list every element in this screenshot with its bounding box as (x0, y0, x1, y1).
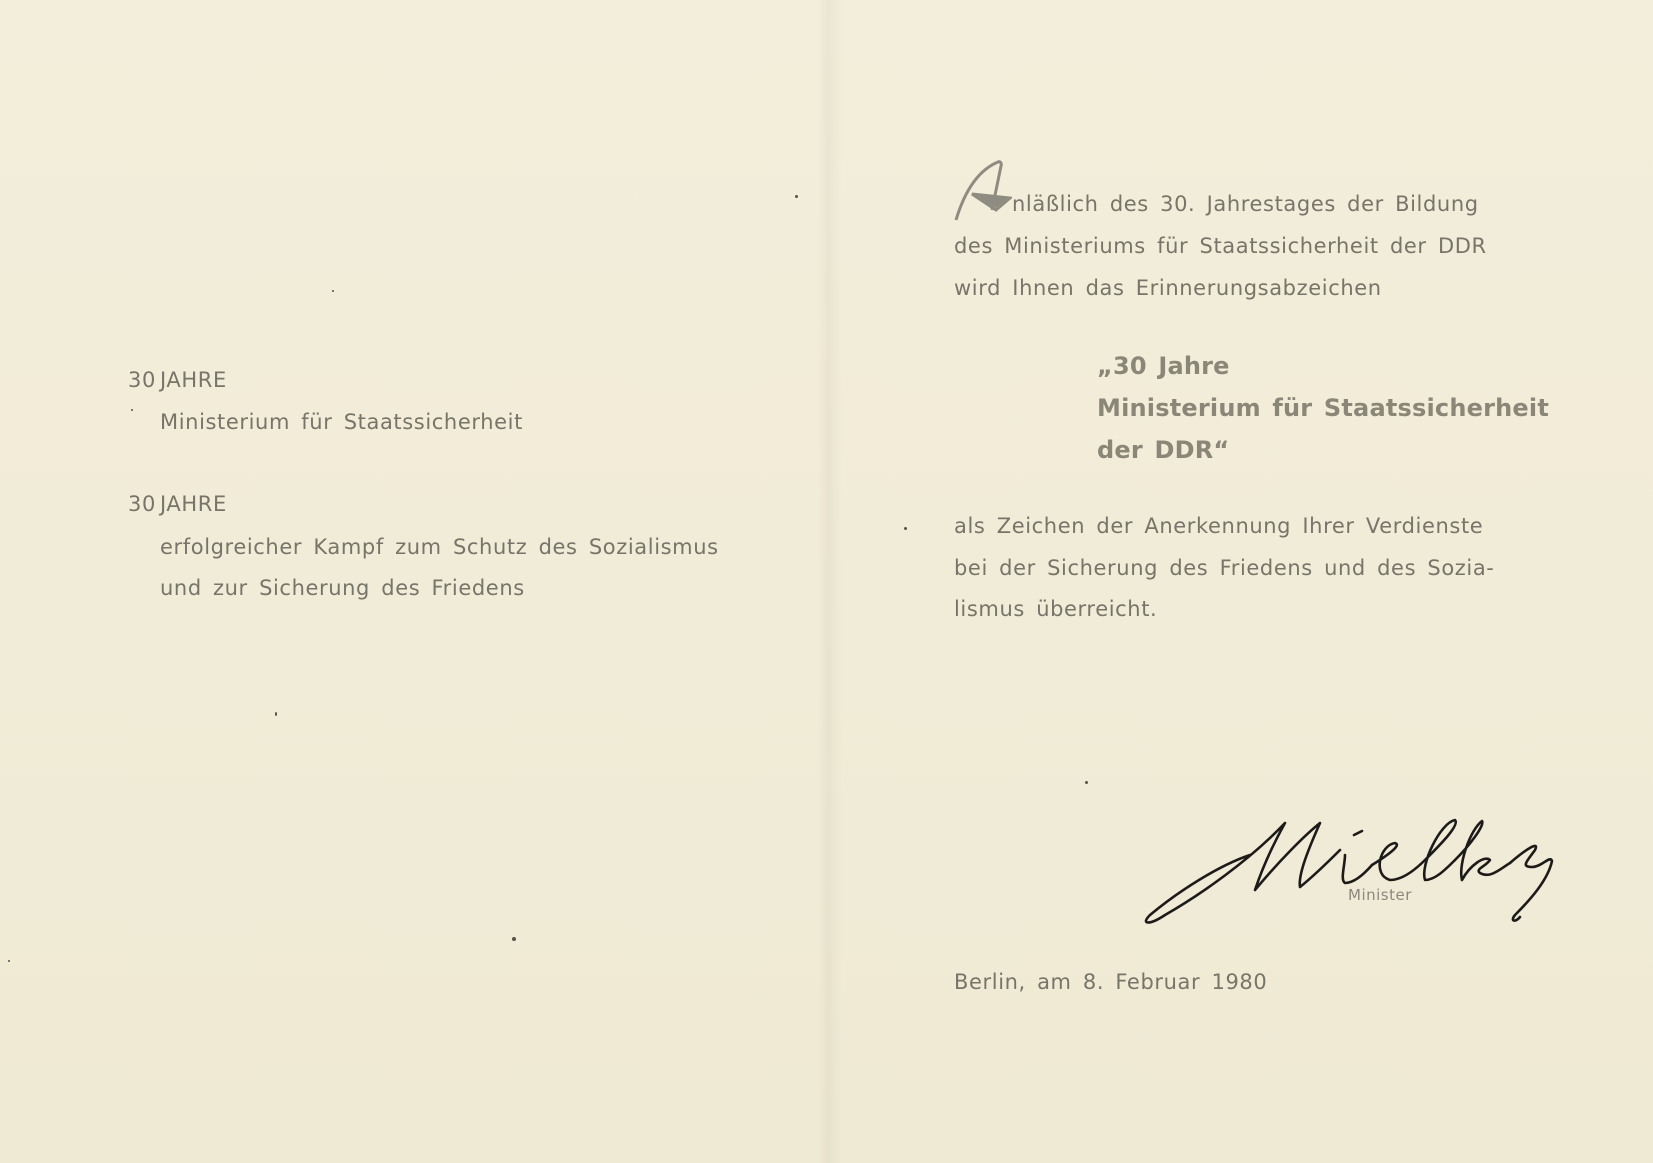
intro-line2: des Ministeriums für Staatssicherheit de… (954, 234, 1487, 258)
signature-mielke-icon (1140, 805, 1570, 935)
intro-line3: wird Ihnen das Erinnerungsabzeichen (954, 276, 1382, 300)
closing-line1: als Zeichen der Anerkennung Ihrer Verdie… (954, 514, 1483, 538)
paper-speck (795, 195, 798, 198)
award-title-line2: Ministerium für Staatssicherheit (1097, 394, 1549, 422)
block1-number: 30 (128, 368, 156, 392)
award-title-line3: der DDR“ (1097, 436, 1229, 464)
paper-speck (131, 409, 133, 411)
block1-text: Ministerium für Staatssicherheit (160, 410, 523, 434)
block2-text-line2: und zur Sicherung des Friedens (160, 576, 525, 600)
paper-speck (275, 712, 277, 716)
award-title-line1: „30 Jahre (1097, 352, 1230, 380)
signatory-title: Minister (1348, 886, 1412, 904)
closing-line3: lismus überreicht. (954, 597, 1157, 621)
paper-speck (8, 960, 10, 962)
paper-speck (1085, 781, 1088, 784)
dropcap-a-icon (952, 160, 1012, 222)
paper-speck (332, 290, 334, 292)
paper-speck (904, 527, 907, 530)
paper-speck (512, 937, 516, 941)
block2-text-line1: erfolgreicher Kampf zum Schutz des Sozia… (160, 535, 719, 559)
block2-heading: JAHRE (160, 492, 227, 516)
closing-line2: bei der Sicherung des Friedens und des S… (954, 556, 1494, 580)
block1-heading: JAHRE (160, 368, 227, 392)
intro-line1: nläßlich des 30. Jahrestages der Bildung (1012, 192, 1479, 216)
block2-number: 30 (128, 492, 156, 516)
place-date: Berlin, am 8. Februar 1980 (954, 970, 1267, 994)
